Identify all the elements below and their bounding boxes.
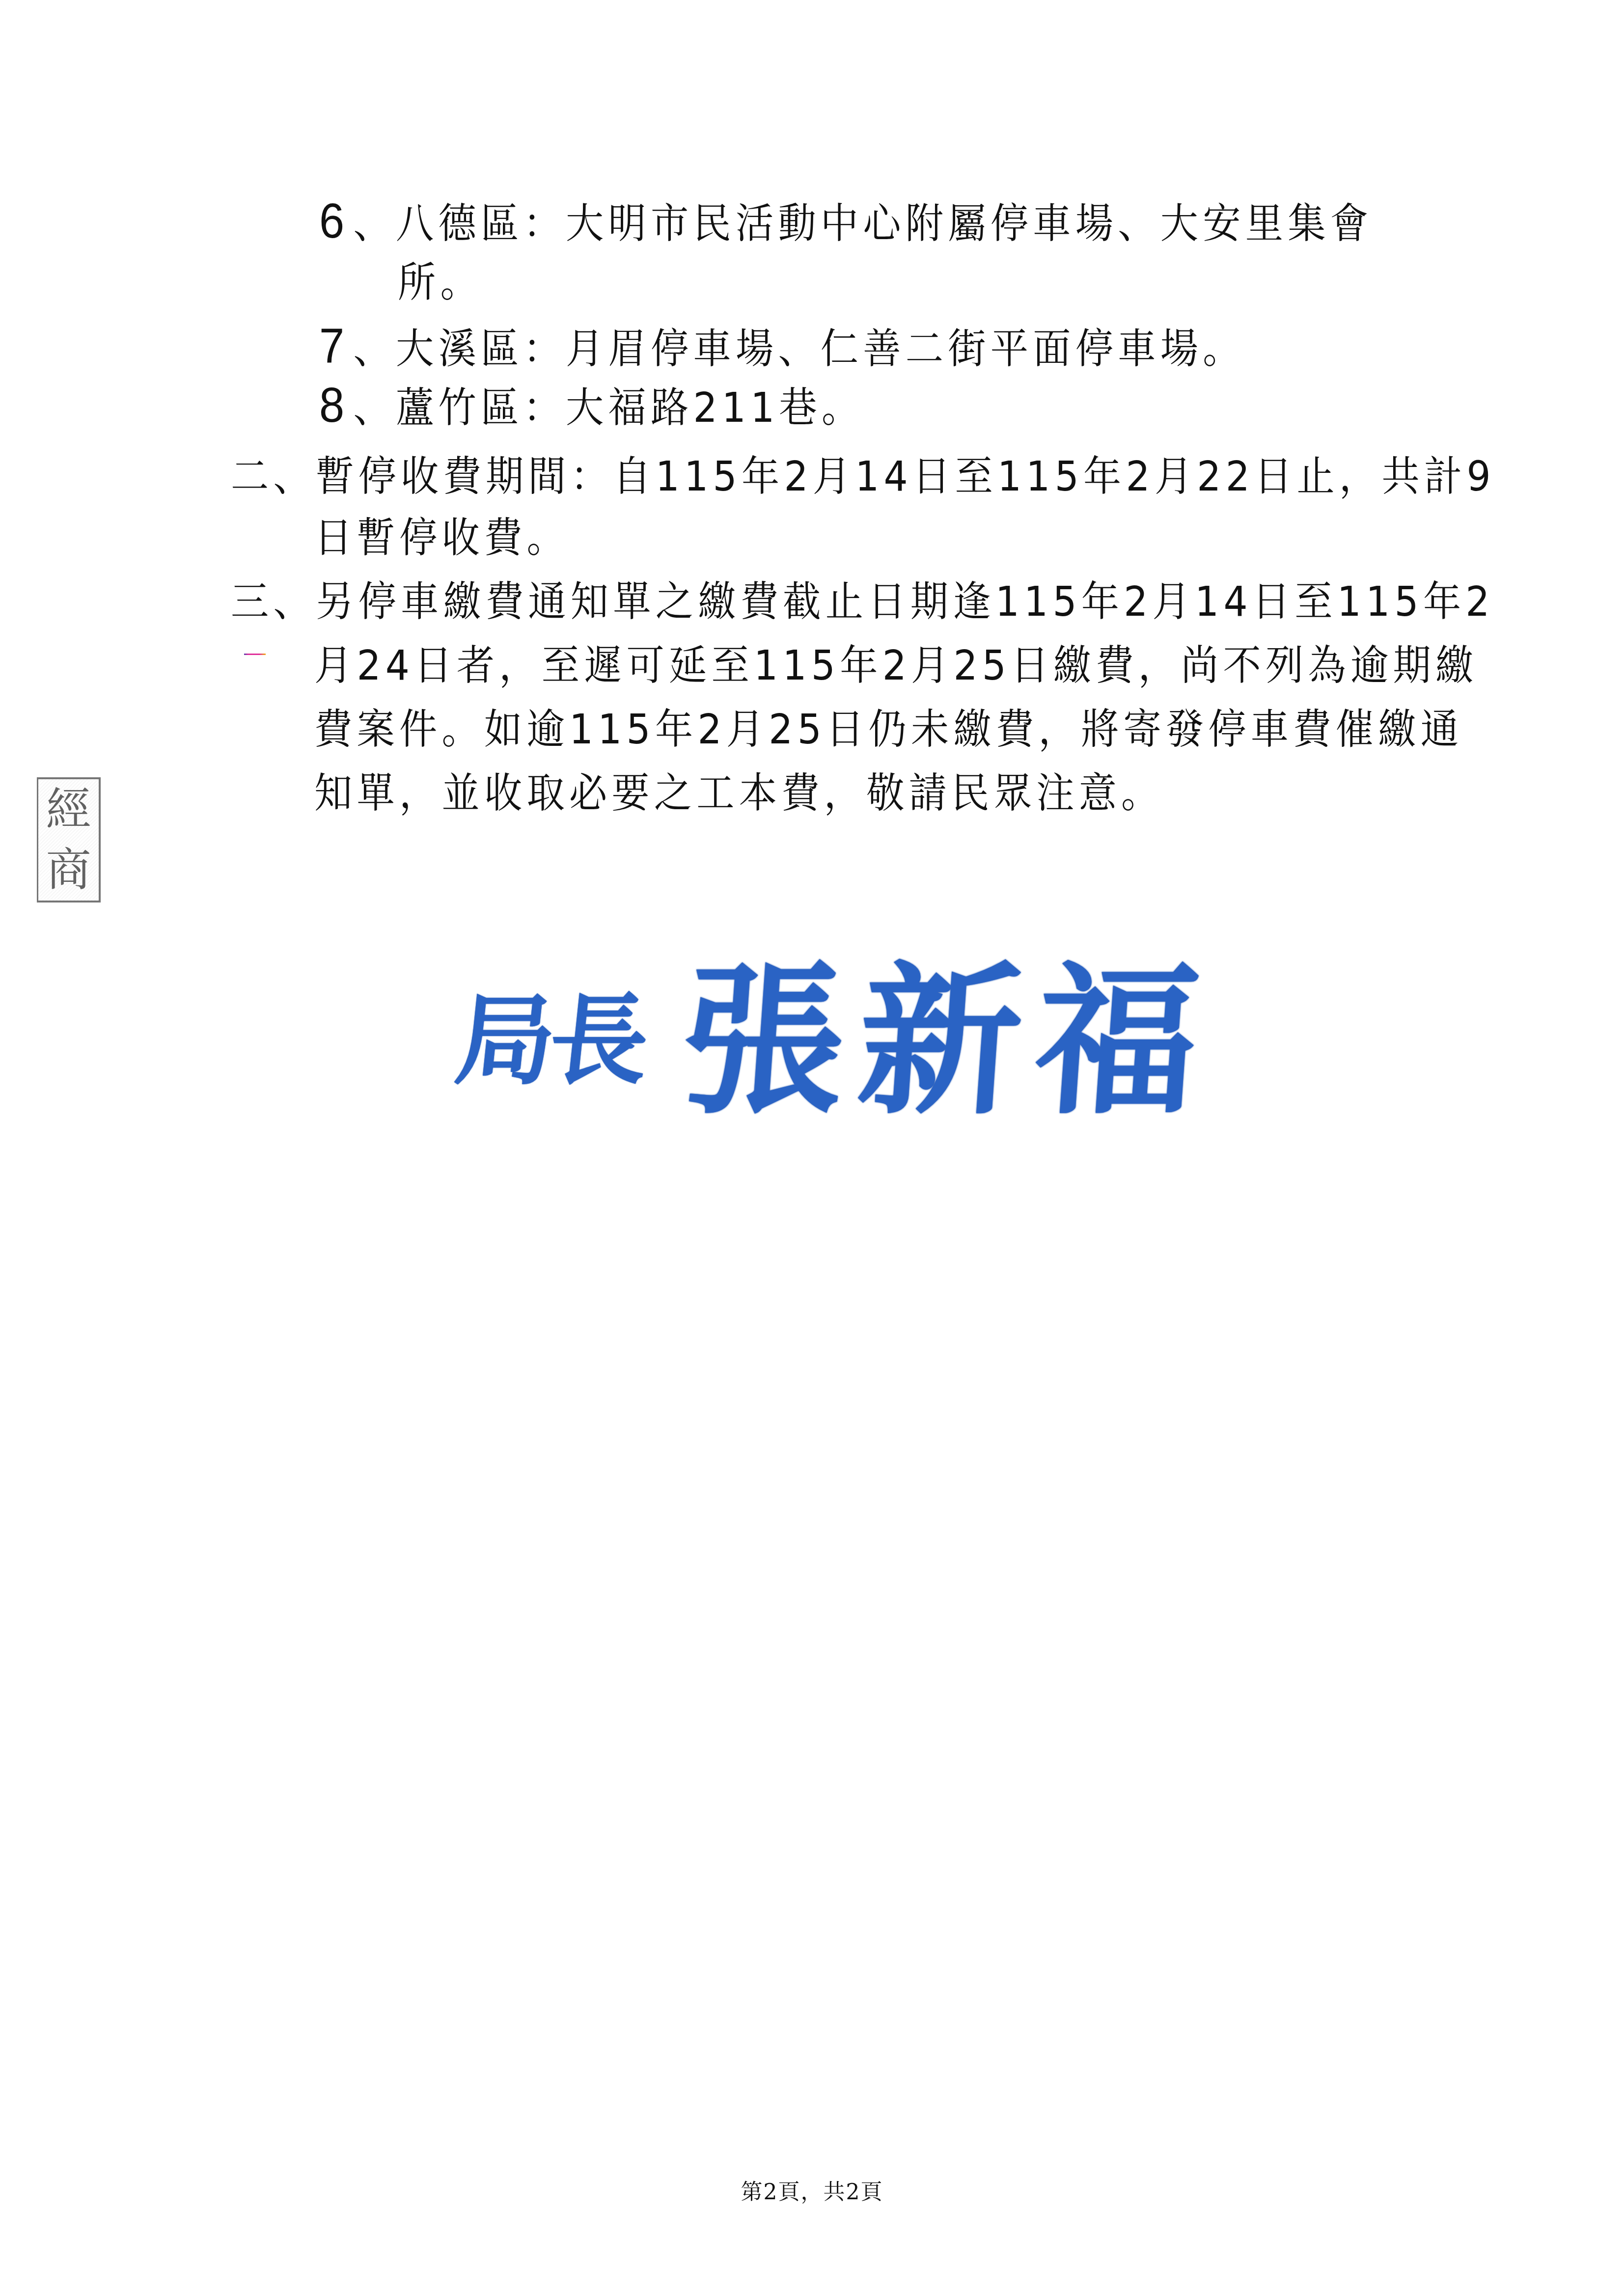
- section-3: 三、另停車繳費通知單之繳費截止日期逢115年2月14日至115年2: [231, 574, 1494, 629]
- item-separator: 、: [354, 325, 396, 373]
- section-marker: 三、: [231, 577, 316, 626]
- list-item-6-continuation: 所。: [398, 255, 483, 309]
- section-text: 費案件。如逾115年2月25日仍未繳費，將寄發停車費催繳通: [314, 705, 1463, 753]
- seal-char: 經: [46, 785, 91, 834]
- page-indicator: 第2頁，共2頁: [0, 2180, 1624, 2205]
- list-item-6: 6、八德區：大明市民活動中心附屬停車場、大安里集會: [319, 194, 1373, 250]
- item-text: 八德區：大明市民活動中心附屬停車場、大安里集會: [396, 199, 1373, 247]
- section-marker: 二、: [231, 452, 316, 500]
- section-text: 知單，並收取必要之工本費，敬請民眾注意。: [314, 769, 1164, 817]
- section-3-line-3: 費案件。如逾115年2月25日仍未繳費，將寄發停車費催繳通: [314, 702, 1463, 756]
- item-separator: 、: [354, 199, 396, 247]
- director-signature-stamp: 局長 張新福: [457, 948, 1223, 1159]
- section-text: 日暫停收費。: [314, 514, 569, 562]
- list-item-7: 7、大溪區：月眉停車場、仁善二街平面停車場。: [319, 319, 1245, 376]
- item-text: 蘆竹區：大福路211巷。: [396, 383, 864, 432]
- official-seal-stamp: 經 商: [37, 777, 101, 902]
- item-text: 大溪區：月眉停車場、仁善二街平面停車場。: [396, 325, 1245, 373]
- section-2-continuation: 日暫停收費。: [314, 511, 569, 565]
- red-margin-mark: [244, 654, 266, 655]
- seal-char: 商: [46, 846, 91, 895]
- section-text: 另停車繳費通知單之繳費截止日期逢115年2月14日至115年2: [316, 577, 1494, 626]
- section-text: 月24日者，至遲可延至115年2月25日繳費，尚不列為逾期繳: [314, 641, 1478, 689]
- signature-name: 張新福: [676, 953, 1219, 1129]
- document-page: 6、八德區：大明市民活動中心附屬停車場、大安里集會 所。 7、大溪區：月眉停車場…: [0, 0, 1624, 2296]
- signature-title: 局長: [451, 987, 649, 1095]
- list-item-8: 8、蘆竹區：大福路211巷。: [319, 378, 864, 435]
- section-3-line-2: 月24日者，至遲可延至115年2月25日繳費，尚不列為逾期繳: [314, 638, 1478, 692]
- item-number: 6: [319, 193, 349, 248]
- item-number: 7: [319, 319, 349, 374]
- section-text: 暫停收費期間：自115年2月14日至115年2月22日止，共計9: [316, 452, 1495, 500]
- item-separator: 、: [354, 383, 396, 432]
- section-3-line-4: 知單，並收取必要之工本費，敬請民眾注意。: [314, 766, 1164, 820]
- item-text: 所。: [398, 258, 483, 306]
- item-number: 8: [319, 378, 349, 433]
- section-2: 二、暫停收費期間：自115年2月14日至115年2月22日止，共計9: [231, 449, 1495, 503]
